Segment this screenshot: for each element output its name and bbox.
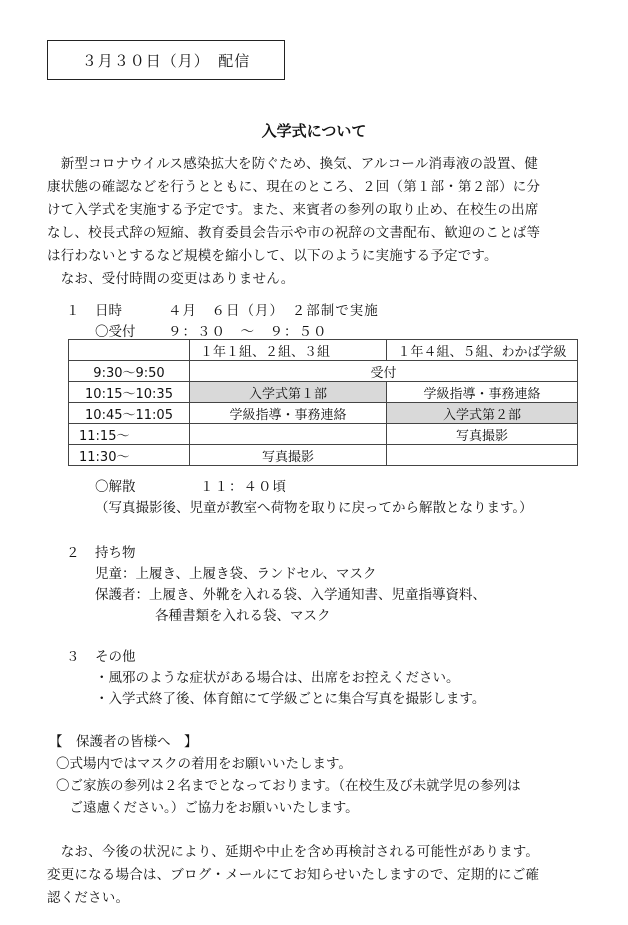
table-header-cell: １年１組、２組、３組 <box>190 340 387 361</box>
table-cell: 学級指導・事務連絡 <box>387 382 578 403</box>
intro-line: は行わないとするなど規模を縮小して、以下のように実施する予定です。 <box>47 244 498 264</box>
other-item: ・風邪のような症状がある場合は、出席をお控えください。 <box>95 666 460 686</box>
time-cell: 11:15～ <box>69 424 190 445</box>
reception-time: ９：３０ ～ ９：５０ <box>168 320 328 340</box>
section-heading: 持ち物 <box>95 541 136 561</box>
guardian-items: 保護者：上履き、外靴を入れる袋、入学通知書、児童指導資料、 <box>95 583 486 603</box>
section-heading: 日時 <box>95 299 122 319</box>
table-row: 10:15～10:35 入学式第１部 学級指導・事務連絡 <box>69 382 578 403</box>
section-number: ２ <box>66 541 80 561</box>
intro-line: なお、受付時間の変更はありません。 <box>47 267 294 287</box>
reception-label: 〇受付 <box>95 320 136 340</box>
notice-line: 〇ご家族の参列は２名までとなっております。（在校生及び未就学児の参列は <box>56 774 521 794</box>
other-item: ・入学式終了後、体育館にて学級ごとに集合写真を撮影します。 <box>95 687 485 707</box>
table-cell <box>190 424 387 445</box>
table-row: 9:30～9:50 受付 <box>69 361 578 382</box>
time-cell: 11:30～ <box>69 445 190 466</box>
notice-heading: 【 保護者の皆様へ 】 <box>49 730 198 750</box>
time-cell: 10:45～11:05 <box>69 403 190 424</box>
table-header-row: １年１組、２組、３組 １年４組、５組、わかば学級 <box>69 340 578 361</box>
section-number: １ <box>66 299 80 319</box>
time-cell: 9:30～9:50 <box>69 361 190 382</box>
guardian-items-cont: 各種書類を入れる袋、マスク <box>155 604 331 624</box>
notice-line: ご遠慮ください。）ご協力をお願いいたします。 <box>56 796 359 816</box>
schedule-table: １年１組、２組、３組 １年４組、５組、わかば学級 9:30～9:50 受付 10… <box>68 339 578 466</box>
table-cell: 入学式第２部 <box>387 403 578 424</box>
dismissal-note: （写真撮影後、児童が教室へ荷物を取りに戻ってから解散となります。） <box>95 496 533 516</box>
event-date: ４月 ６日（月） ２部制で実施 <box>168 299 379 319</box>
notice-line: 〇式場内ではマスクの着用をお願いいたします。 <box>56 752 352 772</box>
intro-line: 康状態の確認などを行うとともに、現在のところ、２回（第１部・第２部）に分 <box>47 175 540 195</box>
time-cell: 10:15～10:35 <box>69 382 190 403</box>
closing-line: 変更になる場合は、ブログ・メールにてお知らせいたしますので、定期的にご確 <box>47 863 539 883</box>
closing-line: なお、今後の状況により、延期や中止を含め再検討される可能性があります。 <box>47 840 539 860</box>
intro-line: けて入学式を実施する予定です。また、来賓者の参列の取り止め、在校生の出席 <box>47 198 539 218</box>
section-number: ３ <box>66 645 80 665</box>
section-heading: その他 <box>95 645 136 665</box>
intro-line: なし、校長式辞の短縮、教育委員会告示や市の祝辞の文書配布、歓迎のことば等 <box>47 221 540 241</box>
table-cell <box>387 445 578 466</box>
table-cell: 写真撮影 <box>190 445 387 466</box>
table-cell: 学級指導・事務連絡 <box>190 403 387 424</box>
table-header-cell <box>69 340 190 361</box>
date-box: ３月３０日（月） 配信 <box>47 40 285 80</box>
date-label: ３月３０日（月） 配信 <box>82 50 251 71</box>
table-cell: 写真撮影 <box>387 424 578 445</box>
dismissal-time: １１：４０頃 <box>200 475 287 495</box>
merged-cell: 受付 <box>190 361 578 382</box>
table-row: 11:30～ 写真撮影 <box>69 445 578 466</box>
children-items: 児童：上履き、上履き袋、ランドセル、マスク <box>95 562 376 582</box>
table-row: 10:45～11:05 学級指導・事務連絡 入学式第２部 <box>69 403 578 424</box>
table-row: 11:15～ 写真撮影 <box>69 424 578 445</box>
closing-line: 認ください。 <box>47 886 129 906</box>
dismissal-label: 〇解散 <box>95 475 136 495</box>
intro-line: 新型コロナウイルス感染拡大を防ぐため、換気、アルコール消毒液の設置、健 <box>47 152 538 172</box>
page-title: 入学式について <box>0 120 628 141</box>
table-header-cell: １年４組、５組、わかば学級 <box>387 340 578 361</box>
table-cell: 入学式第１部 <box>190 382 387 403</box>
